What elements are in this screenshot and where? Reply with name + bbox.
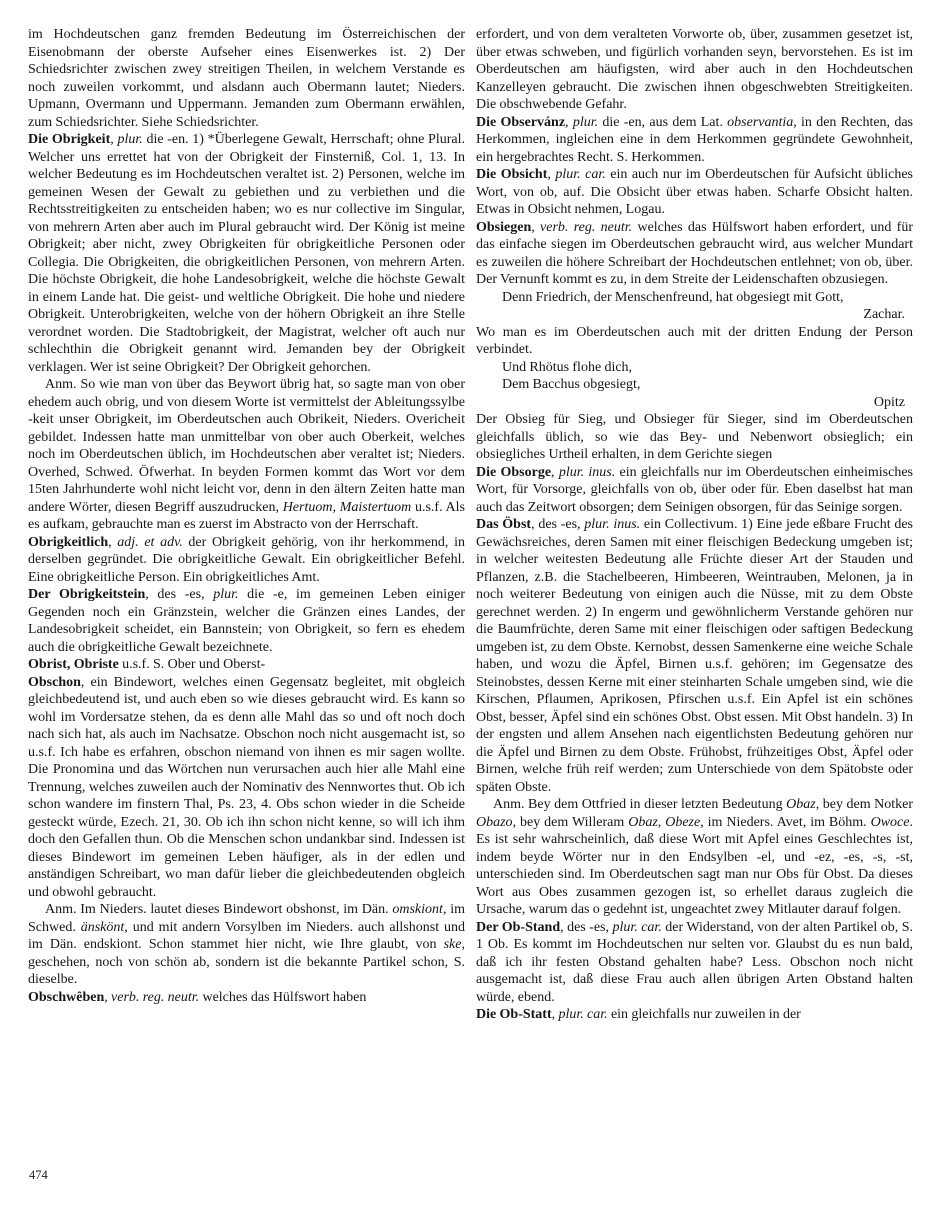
body-text: u.s.f. S. Ober und Oberst-: [119, 657, 265, 672]
headword: Obsiegen: [476, 220, 531, 235]
body-text: , des -es,: [531, 517, 584, 532]
headword: Die Obrigkeit: [28, 132, 110, 147]
headword: Der Obrigkeitstein: [28, 587, 145, 602]
italic-text: plur.: [573, 115, 598, 130]
italic-text: plur.: [213, 587, 238, 602]
italic-text: plur. car.: [555, 167, 605, 182]
body-text: ein Collectivum. 1) Eine jede eßbare Fru…: [476, 517, 913, 795]
dictionary-entry: Obsiegen, verb. reg. neutr. welches das …: [476, 219, 913, 289]
headword: Die Ob-Statt: [476, 1007, 552, 1022]
body-text: , ein Bindewort, welches einen Gegensatz…: [28, 675, 465, 900]
body-text: ein gleichfalls nur zuweilen in der: [608, 1007, 801, 1022]
headword: Obschon: [28, 675, 81, 690]
body-text: die -en. 1) *Überlegene Gewalt, Herrscha…: [28, 132, 465, 375]
verse-line: Denn Friedrich, der Menschenfreund, hat …: [476, 289, 913, 307]
dictionary-entry: Das Öbst, des -es, plur. inus. ein Colle…: [476, 516, 913, 796]
dictionary-entry: Obrist, Obriste u.s.f. S. Ober und Obers…: [28, 656, 465, 674]
continuation-paragraph: Der Obsieg für Sieg, und Obsieger für Si…: [476, 411, 913, 464]
body-text: Der Obsieg für Sieg, und Obsieger für Si…: [476, 412, 913, 462]
headword: Die Obsorge: [476, 465, 551, 480]
body-text: , bey dem Willeram: [513, 815, 629, 830]
headword: Das Öbst: [476, 517, 531, 532]
body-text: ,: [531, 220, 540, 235]
dictionary-entry: Der Ob-Stand, des -es, plur. car. der Wi…: [476, 919, 913, 1007]
italic-text: verb. reg. neutr.: [540, 220, 632, 235]
italic-text: ske: [444, 937, 462, 952]
headword: Obrist, Obriste: [28, 657, 119, 672]
body-text: ,: [108, 535, 117, 550]
dictionary-entry: Die Obsicht, plur. car. ein auch nur im …: [476, 166, 913, 219]
italic-text: Obazo: [476, 815, 513, 830]
italic-text: observantia: [727, 115, 793, 130]
dictionary-entry: Die Ob-Statt, plur. car. ein gleichfalls…: [476, 1006, 913, 1024]
body-text: , des -es,: [560, 920, 612, 935]
verse-line: Und Rhötus flohe dich,: [476, 359, 913, 377]
italic-text: plur. car.: [558, 1007, 607, 1022]
italic-text: Hertuom, Maistertuom: [283, 500, 412, 515]
annotation-paragraph: Anm. So wie man von über das Beywort übr…: [28, 376, 465, 534]
body-text: Zachar.: [863, 307, 905, 322]
text-column-left: im Hochdeutschen ganz fremden Bedeutung …: [28, 26, 465, 1172]
dictionary-page: im Hochdeutschen ganz fremden Bedeutung …: [0, 0, 935, 1210]
annotation-paragraph: Anm. Im Nieders. lautet dieses Bindewort…: [28, 901, 465, 989]
italic-text: plur. inus.: [584, 517, 640, 532]
continuation-paragraph: erfordert, und von dem veralteten Vorwor…: [476, 26, 913, 114]
body-text: Und Rhötus flohe dich,: [502, 360, 632, 375]
body-text: , des -es,: [145, 587, 213, 602]
body-text: , im Nieders. Avet, im Böhm.: [700, 815, 870, 830]
dictionary-entry: Die Obrigkeit, plur. die -en. 1) *Überle…: [28, 131, 465, 376]
body-text: welches das Hülfswort haben: [199, 990, 366, 1005]
headword: Obschwêben: [28, 990, 104, 1005]
headword: Obrigkeitlich: [28, 535, 108, 550]
body-text: im Hochdeutschen ganz fremden Bedeutung …: [28, 27, 465, 130]
italic-text: adj. et adv.: [117, 535, 182, 550]
body-text: Wo man es im Oberdeutschen auch mit der …: [476, 325, 913, 358]
text-column-right: erfordert, und von dem veralteten Vorwor…: [476, 26, 913, 1172]
annotation-paragraph: Anm. Bey dem Ottfried in dieser letzten …: [476, 796, 913, 919]
body-text: Denn Friedrich, der Menschenfreund, hat …: [502, 290, 844, 305]
dictionary-entry: Die Obsorge, plur. inus. ein gleichfalls…: [476, 464, 913, 517]
body-text: ,: [551, 465, 559, 480]
dictionary-entry: Obrigkeitlich, adj. et adv. der Obrigkei…: [28, 534, 465, 587]
italic-text: Obaz: [786, 797, 816, 812]
body-text: , bey dem Notker: [816, 797, 913, 812]
headword: Der Ob-Stand: [476, 920, 560, 935]
headword: Die Observánz: [476, 115, 565, 130]
body-text: Anm. Im Nieders. lautet dieses Bindewort…: [45, 902, 392, 917]
italic-text: omskiont: [392, 902, 443, 917]
continuation-paragraph: Wo man es im Oberdeutschen auch mit der …: [476, 324, 913, 359]
italic-text: änskönt: [81, 920, 125, 935]
italic-text: plur. inus.: [559, 465, 615, 480]
attribution: Opitz: [476, 394, 913, 412]
page-number: 474: [29, 1168, 48, 1182]
continuation-paragraph: im Hochdeutschen ganz fremden Bedeutung …: [28, 26, 465, 131]
italic-text: plur. car.: [612, 920, 661, 935]
italic-text: Obaz, Obeze: [628, 815, 700, 830]
dictionary-entry: Obschon, ein Bindewort, welches einen Ge…: [28, 674, 465, 902]
headword: Die Obsicht: [476, 167, 547, 182]
attribution: Zachar.: [476, 306, 913, 324]
body-text: Dem Bacchus obgesiegt,: [502, 377, 640, 392]
body-text: Anm. Bey dem Ottfried in dieser letzten …: [493, 797, 786, 812]
italic-text: verb. reg. neutr.: [111, 990, 199, 1005]
italic-text: plur.: [117, 132, 142, 147]
dictionary-entry: Die Observánz, plur. die -en, aus dem La…: [476, 114, 913, 167]
verse-line: Dem Bacchus obgesiegt,: [476, 376, 913, 394]
body-text: ,: [565, 115, 573, 130]
dictionary-entry: Der Obrigkeitstein, des -es, plur. die -…: [28, 586, 465, 656]
body-text: Opitz: [874, 395, 905, 410]
italic-text: Owoce: [871, 815, 910, 830]
body-text: Anm. So wie man von über das Beywort übr…: [28, 377, 465, 515]
dictionary-entry: Obschwêben, verb. reg. neutr. welches da…: [28, 989, 465, 1007]
body-text: erfordert, und von dem veralteten Vorwor…: [476, 27, 913, 112]
body-text: die -en, aus dem Lat.: [598, 115, 727, 130]
